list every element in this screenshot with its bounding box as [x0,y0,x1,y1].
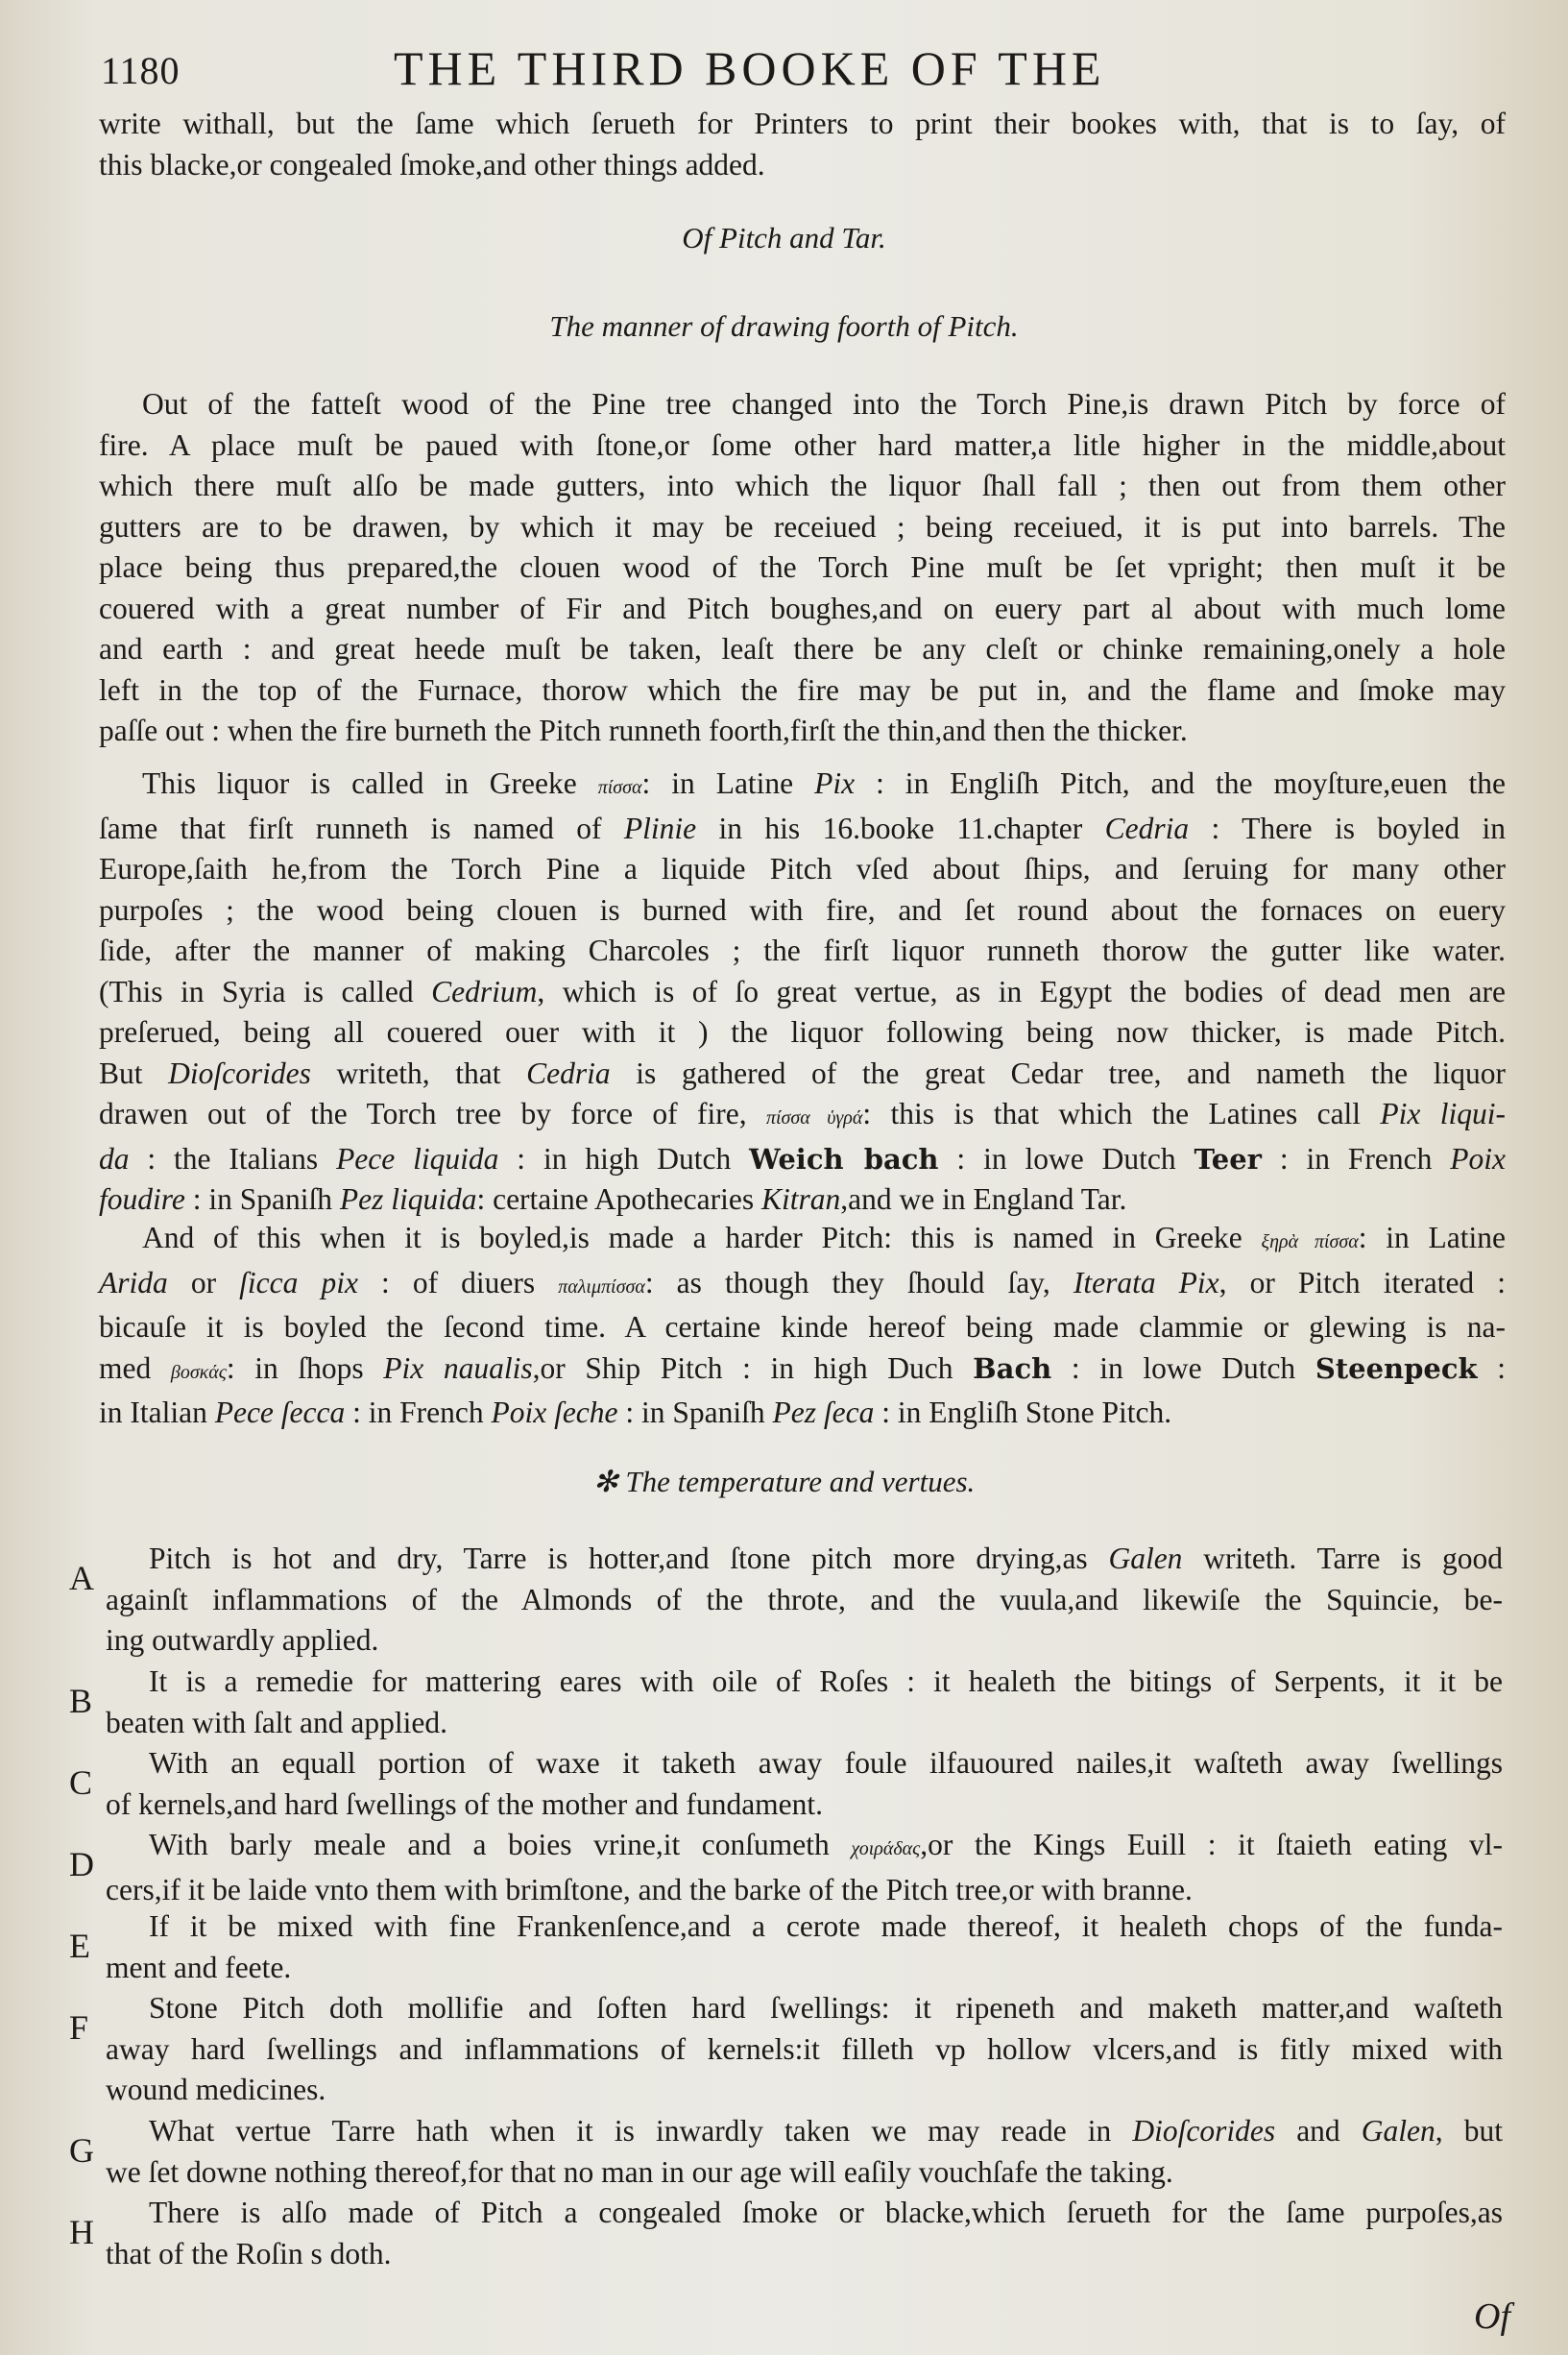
chapter-title: Of Pitch and Tar. [0,221,1568,255]
catchword: Of [1474,2295,1510,2338]
margin-letter-b: B [69,1681,92,1721]
virtue-c: With an equall portion of waxe it taketh… [106,1743,1503,1825]
running-title: THE THIRD BOOKE OF THE [394,40,1105,96]
margin-letter-a: A [69,1558,94,1598]
virtue-e: If it be mixed with fine Frankenſence,an… [106,1906,1503,1988]
virtue-a: Pitch is hot and dry, Tarre is hotter,an… [106,1539,1503,1662]
margin-letter-d: D [69,1844,94,1884]
margin-letter-c: C [69,1762,92,1803]
margin-letter-h: H [69,2212,94,2252]
page-header: 1180 THE THIRD BOOKE OF THE [101,40,1503,108]
continuation-paragraph: write withall, but the ſame which ſeruet… [99,104,1506,185]
margin-letter-g: G [69,2130,94,2171]
virtue-f: Stone Pitch doth mollifie and ſoften har… [106,1988,1503,2111]
book-page: 1180 THE THIRD BOOKE OF THE write withal… [0,0,1568,2355]
margin-letter-e: E [69,1926,90,1966]
paragraph-stone-pitch: And of this when it is boyled,is made a … [99,1218,1506,1434]
section-title: The manner of drawing foorth of Pitch. [0,309,1568,344]
page-number: 1180 [101,48,181,93]
virtues-title: ✻ The temperature and vertues. [0,1465,1568,1499]
virtue-h: There is alſo made of Pitch a congealed … [106,2193,1503,2274]
paragraph-names-of-pitch: This liquor is called in Greeke πίσσα: i… [99,764,1506,1221]
virtue-g: What vertue Tarre hath when it is inward… [106,2111,1503,2193]
paragraph-drawing-pitch: Out of the fatteſt wood of the Pine tree… [99,384,1506,752]
margin-letter-f: F [69,2007,88,2048]
virtue-b: It is a remedie for mattering eares with… [106,1662,1503,1743]
virtue-d: With barly meale and a boies vrine,it co… [106,1825,1503,1910]
